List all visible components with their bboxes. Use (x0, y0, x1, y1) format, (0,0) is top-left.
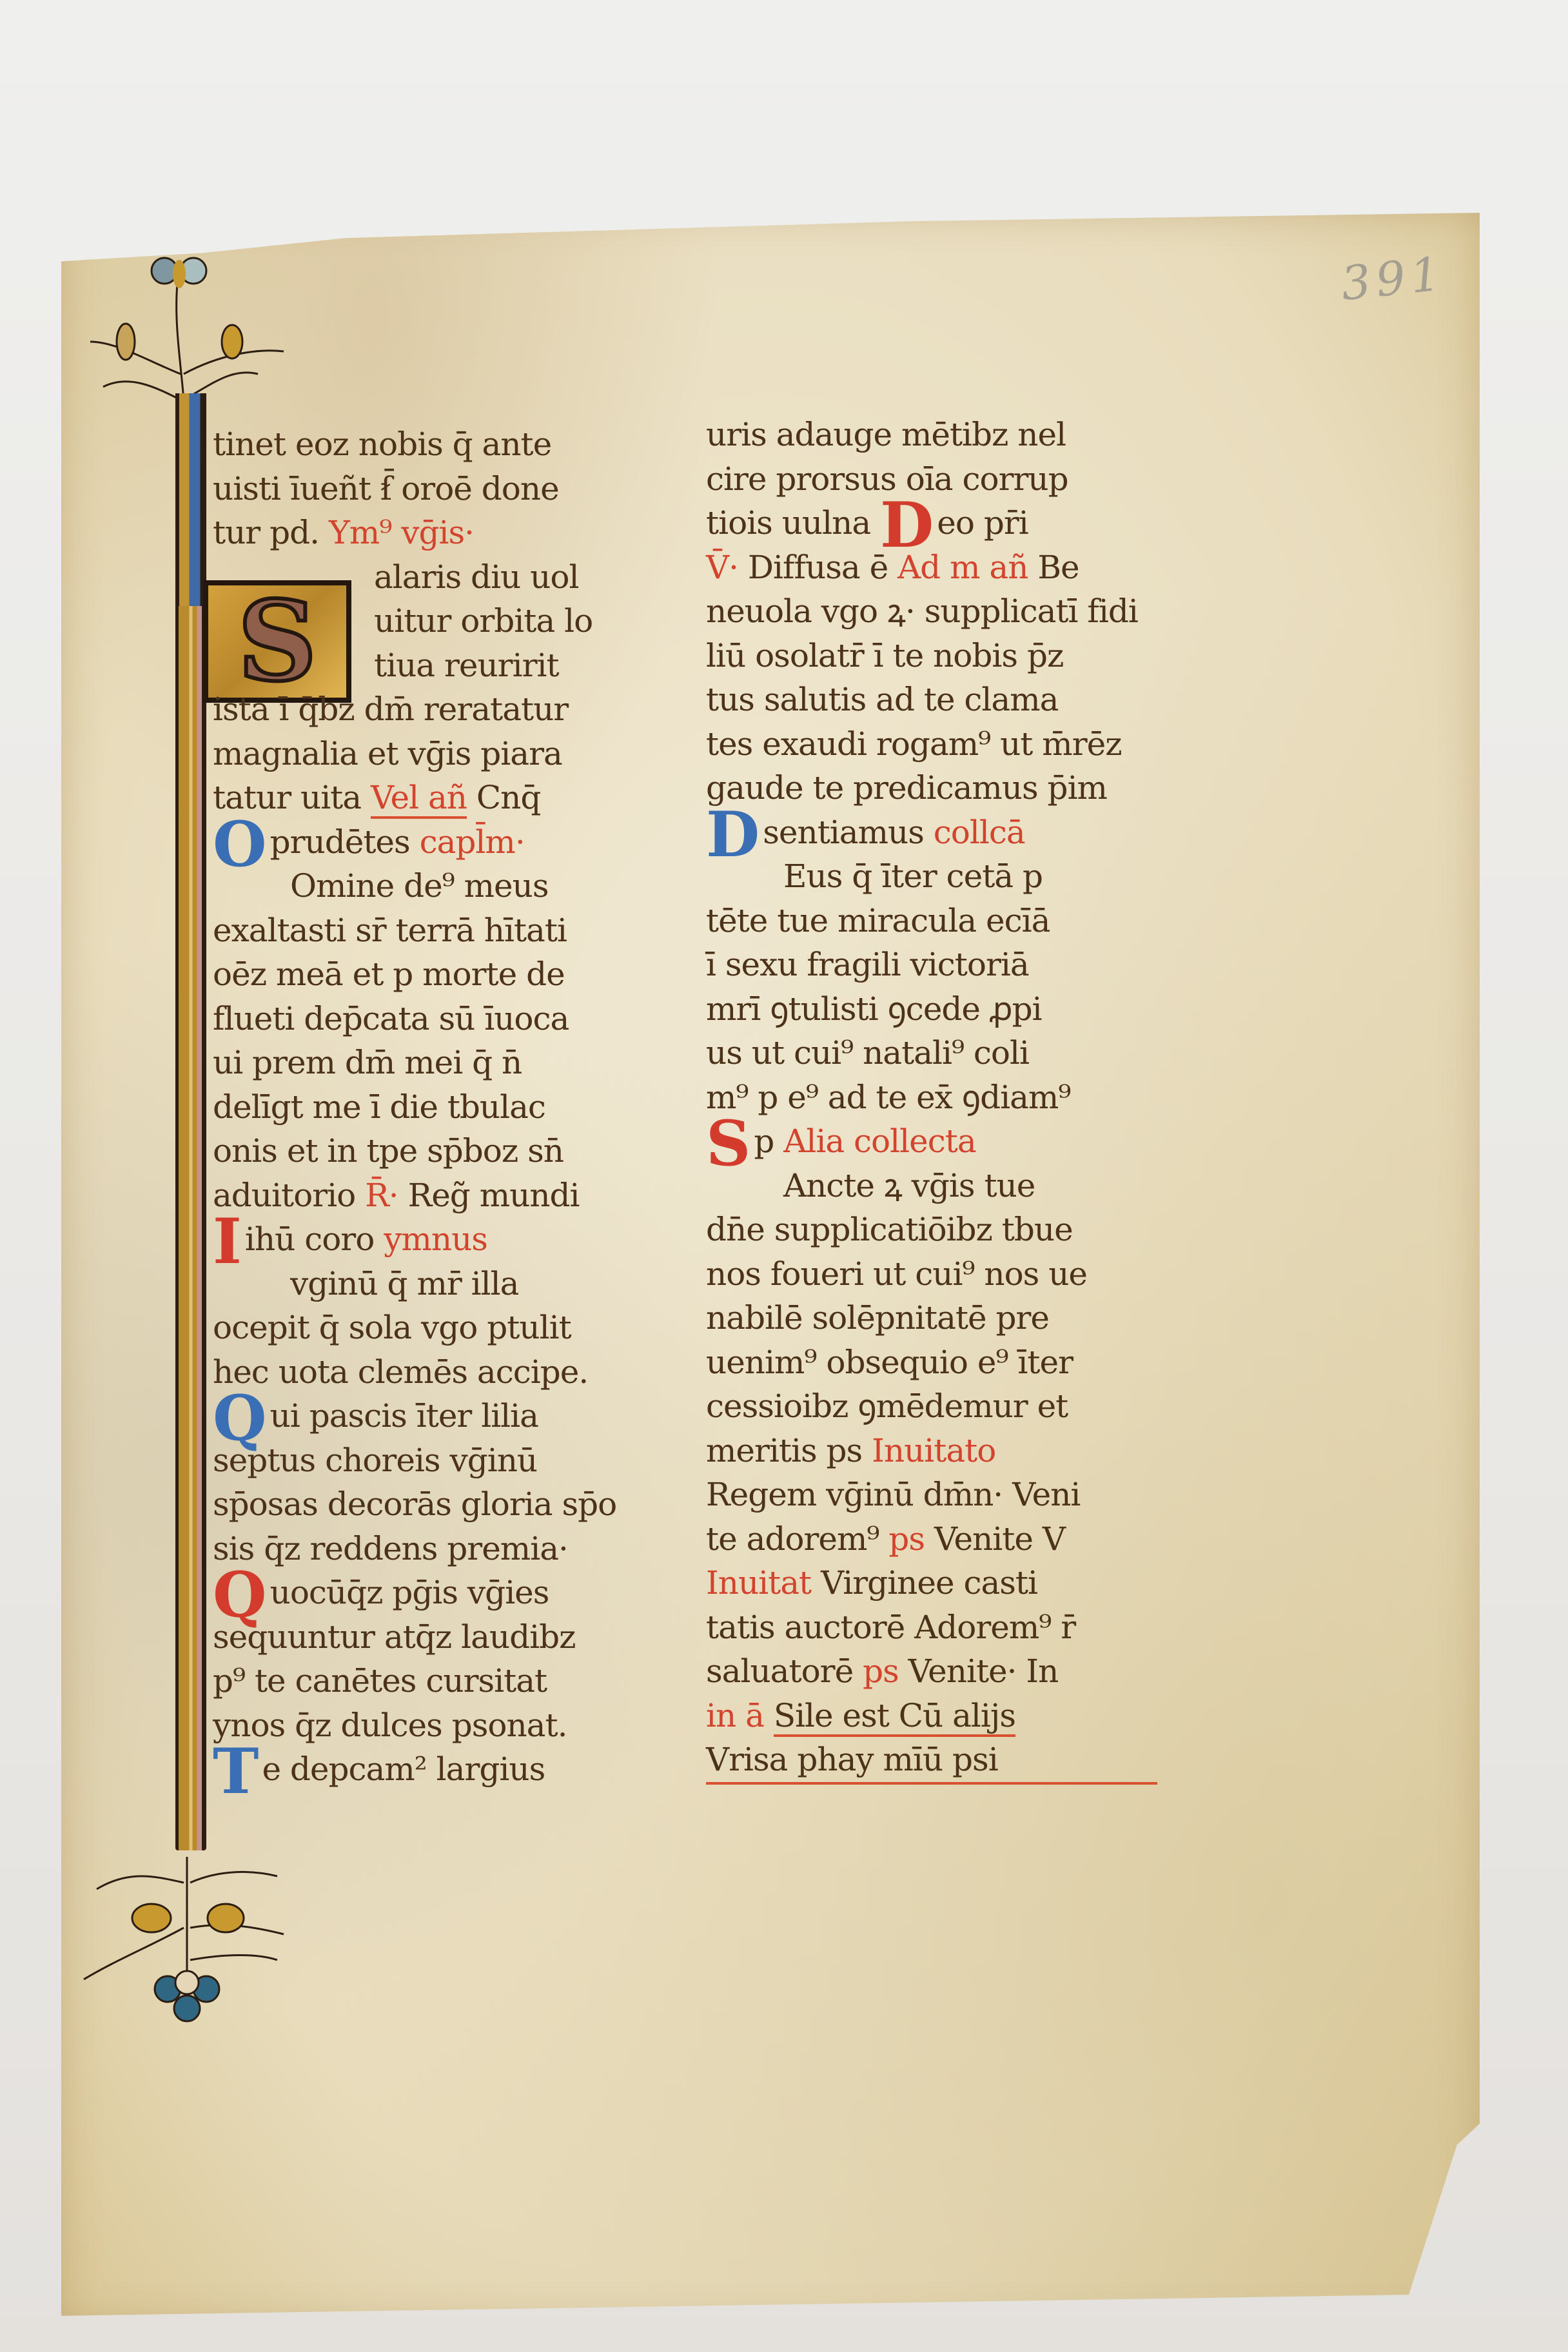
text-line: gaude te predicamus p̄im (706, 766, 1157, 810)
text-line: nabilē solēpnitatē pre (706, 1296, 1157, 1340)
gold-border-bar (175, 393, 206, 1850)
text-line: tur pd. Ym⁹ vḡis· (213, 511, 651, 555)
text-line: Iihū coro ymnus (213, 1217, 651, 1262)
text-line: te adorem⁹ ps Venite V (706, 1517, 1157, 1562)
text-line: uris adauge mētibz nel (706, 413, 1157, 457)
text-line: vginū q̄ mr̄ illa (213, 1262, 651, 1306)
text-line: uenim⁹ obsequio e⁹ īter (706, 1340, 1157, 1385)
rubric: Ad m añ (897, 549, 1028, 586)
text-line: Qui pascis īter lilia (213, 1394, 651, 1438)
text-line: mrī ꝯtulisti ꝯcede ꝓpi (706, 987, 1157, 1032)
text-line: tus salutis ad te clama (706, 678, 1157, 722)
text-line: sis q̄z reddens premia· (213, 1527, 651, 1571)
text-line: ynos q̄z dulces psonat. (213, 1703, 651, 1748)
flourish-spray-bottom-icon (71, 1857, 303, 2024)
rubric: collcā (934, 814, 1025, 851)
text-line: septus choreis vḡinū (213, 1438, 651, 1483)
text-line: Regem vḡinū dm̄n· Veni (706, 1473, 1157, 1517)
right-text-column: uris adauge mētibz nel cire prorsus oīa … (706, 413, 1157, 1785)
text-line: liū osolatr̄ ī te nobis p̄z (706, 634, 1157, 678)
rubric: Inuitat (706, 1564, 811, 1602)
text-line: us ut cui⁹ natali⁹ coli (706, 1031, 1157, 1075)
rubric: ps (863, 1652, 899, 1690)
text-line: alaris diu uol (213, 555, 651, 600)
text-line: sp̄osas decorās gloria sp̄o (213, 1482, 651, 1527)
text-line: oēz meā et p morte de (213, 952, 651, 997)
text-line: uisti īueñt ẜ̄ oroē done (213, 467, 651, 511)
rubric: Alia collecta (783, 1122, 975, 1160)
text-line: in ā Sile est Cū alijs (706, 1694, 1157, 1738)
text-line: cessioibz ꝯmēdemur et (706, 1384, 1157, 1429)
text-line: Dsentiamus collcā (706, 810, 1157, 855)
text-line: exaltasti sr̄ terrā hītati (213, 908, 651, 953)
left-text-column: tinet eoz nobis q̄ ante uisti īueñt ẜ̄ o… (213, 422, 651, 1792)
rubric: V̄· (706, 549, 738, 586)
text-line: Inuitat Virginee casti (706, 1561, 1157, 1605)
text-line: dn̄e supplicatiōibz tbue (706, 1208, 1157, 1252)
text-line: Sp Alia collecta (706, 1119, 1157, 1164)
text-line: Omine de⁹ meus (213, 864, 651, 908)
text-line: tatur uita Vel añ Cnq̄ (213, 776, 651, 820)
text-line: tēte tue miracula ecīā (706, 899, 1157, 943)
text-line: ocepit q̄ sola vgo ptulit (213, 1306, 651, 1350)
text-line: neuola vgo ꝝ· supplicatī fidi (706, 589, 1157, 634)
rubric: Vel añ (371, 779, 467, 819)
text-line: tiois uulna Deo pr̄i (706, 501, 1157, 545)
text-line: p⁹ te canētes cursitat (213, 1659, 651, 1703)
text-line: ui prem dm̄ mei q̄ n̄ (213, 1041, 651, 1085)
rubric: R̄· (365, 1177, 398, 1214)
rubric: capl̄m· (420, 823, 525, 861)
text-line: Ancte ꝝ vḡis tue (706, 1164, 1157, 1208)
rubric: Inuitato (872, 1432, 995, 1469)
text-line: Te depcam² largius (213, 1747, 651, 1792)
text-line: meritis ps Inuitato (706, 1429, 1157, 1473)
rubric: ps (888, 1520, 925, 1558)
text-line: tatis auctorē Adorem⁹ r̄ (706, 1605, 1157, 1650)
rubric: ymnus (384, 1220, 487, 1258)
text-line: Oprudētes capl̄m· (213, 820, 651, 865)
text-line: ī sexu fragili victoriā (706, 943, 1157, 987)
text-line: tinet eoz nobis q̄ ante (213, 422, 651, 467)
folio-number: 391 (1338, 246, 1447, 311)
flourish-spray-top-icon (64, 245, 297, 413)
text-line: hec uota clemēs accipe. (213, 1350, 651, 1395)
rubric: in ā (706, 1697, 764, 1734)
rubric: Ym⁹ vḡis· (329, 514, 474, 551)
text-line: flueti dep̄cata sū īuoca (213, 997, 651, 1041)
text-line: delīgt me ī die tbulac (213, 1085, 651, 1130)
text-line: sequuntur atq̄z laudibz (213, 1615, 651, 1660)
gold-blue-border-top (175, 393, 206, 606)
text-line: tes exaudi rogam⁹ ut m̄rēz (706, 722, 1157, 767)
text-line: magnalia et vḡis piara (213, 732, 651, 776)
text-line: onis et in tpe sp̄boz sn̄ (213, 1129, 651, 1173)
text-line: saluatorē ps Venite· In (706, 1649, 1157, 1694)
text-line: nos foueri ut cui⁹ nos ue (706, 1252, 1157, 1297)
text-line: Eus q̄ īter cetā p (706, 854, 1157, 899)
text-line: V̄· Diffusa ē Ad m añ Be (706, 545, 1157, 590)
text-line: ista ī q̄bz dm̄ reratatur (213, 687, 651, 732)
text-line: tiua reuririt (213, 643, 651, 688)
text-line: Vrisa phay mīū psi (706, 1738, 1157, 1785)
text-line: uitur orbita lo (213, 599, 651, 643)
text-line: Quocūq̄z pḡis vḡies (213, 1571, 651, 1615)
text-line: aduitorio R̄· Reg̃ mundi (213, 1173, 651, 1218)
text-line: m⁹ p e⁹ ad te ex̄ ꝯdiam⁹ (706, 1075, 1157, 1120)
